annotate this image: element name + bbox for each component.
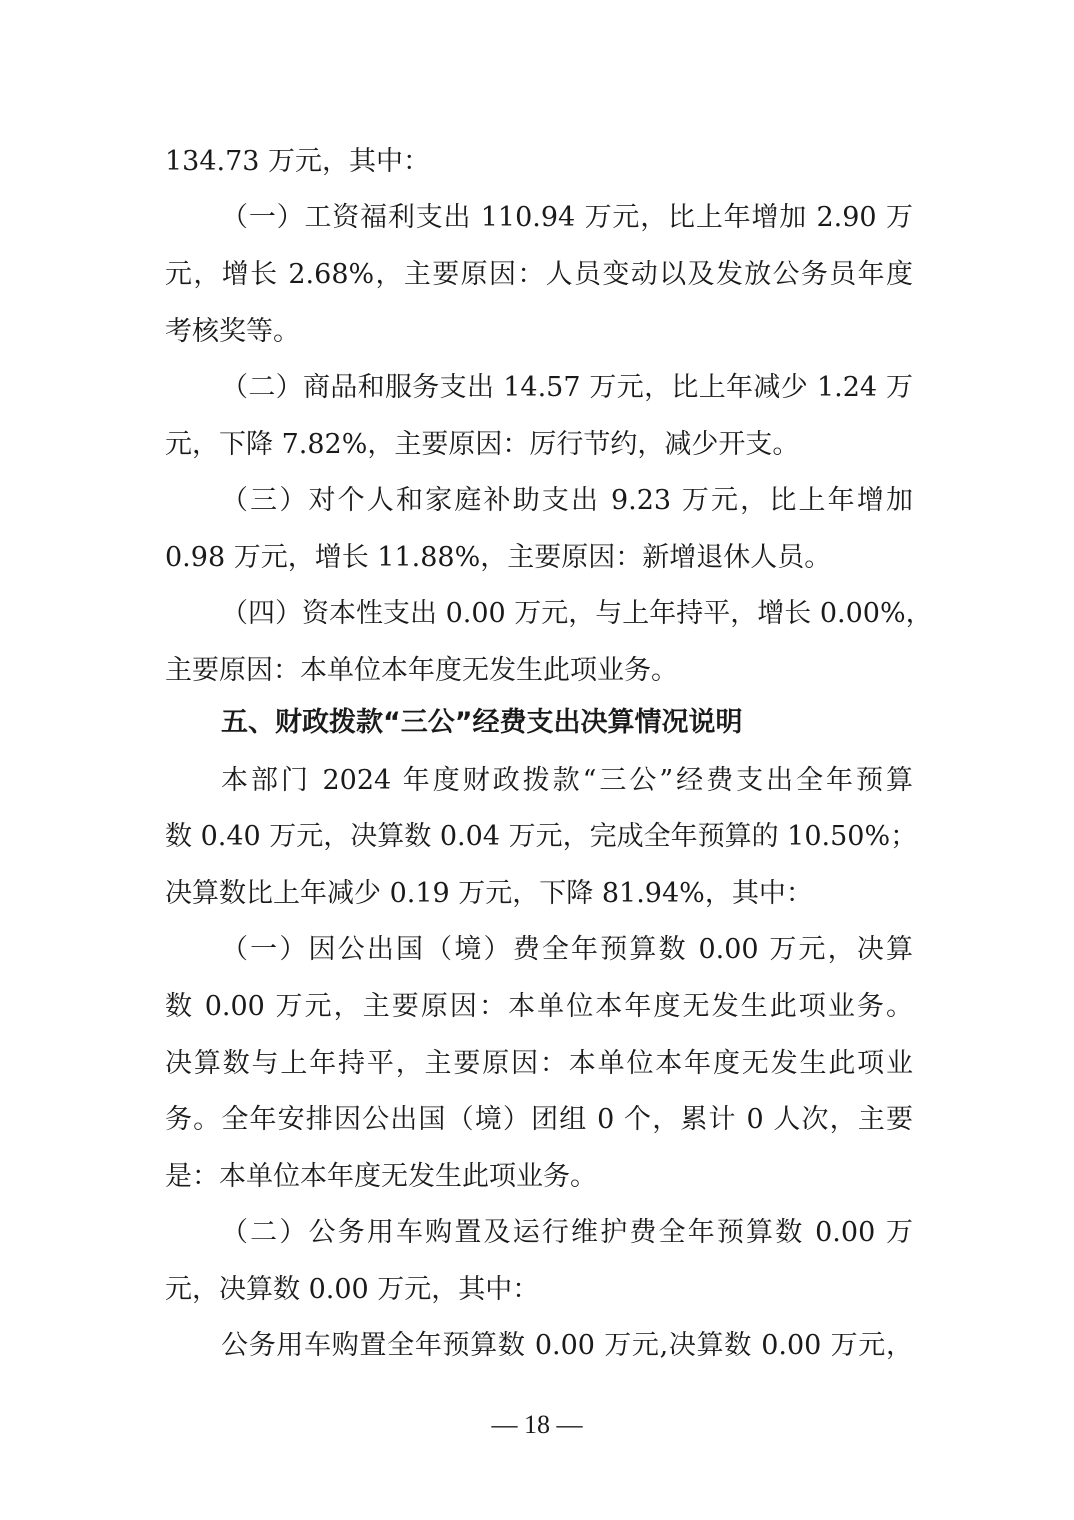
paragraph-line: （一）因公出国（境）费全年预算数 0.00 万元，决算 — [221, 933, 913, 967]
paragraph-line: 数 0.00 万元，主要原因：本单位本年度无发生此项业务。 — [165, 990, 913, 1024]
paragraph-line: 决算数与上年持平，主要原因：本单位本年度无发生此项业 — [165, 1047, 913, 1081]
paragraph-line: （三）对个人和家庭补助支出 9.23 万元，比上年增加 — [221, 484, 913, 518]
document-page: 134.73 万元，其中：（一）工资福利支出 110.94 万元，比上年增加 2… — [0, 0, 1074, 1520]
paragraph-line: 元，决算数 0.00 万元，其中： — [165, 1273, 913, 1307]
paragraph-line: 134.73 万元，其中： — [165, 145, 913, 179]
paragraph-line: （二）公务用车购置及运行维护费全年预算数 0.00 万 — [221, 1216, 913, 1250]
paragraph-line: 本部门 2024 年度财政拨款“三公”经费支出全年预算 — [221, 764, 913, 798]
page-number: — 18 — — [0, 1408, 1074, 1442]
paragraph-line: （一）工资福利支出 110.94 万元，比上年增加 2.90 万 — [221, 201, 913, 235]
paragraph-line: （二）商品和服务支出 14.57 万元，比上年减少 1.24 万 — [221, 371, 913, 405]
paragraph-line: 0.98 万元，增长 11.88%，主要原因：新增退休人员。 — [165, 541, 913, 575]
paragraph-line: 决算数比上年减少 0.19 万元，下降 81.94%，其中： — [165, 877, 913, 911]
paragraph-line: 数 0.40 万元，决算数 0.04 万元，完成全年预算的 10.50%； — [165, 820, 913, 854]
paragraph-line: （四）资本性支出 0.00 万元，与上年持平，增长 0.00%， — [221, 597, 913, 631]
paragraph-line: 元，增长 2.68%，主要原因：人员变动以及发放公务员年度 — [165, 258, 913, 292]
section-heading: 五、财政拨款“三公”经费支出决算情况说明 — [221, 706, 913, 740]
paragraph-line: 是：本单位本年度无发生此项业务。 — [165, 1160, 913, 1194]
paragraph-line: 主要原因：本单位本年度无发生此项业务。 — [165, 654, 913, 688]
paragraph-line: 务。全年安排因公出国（境）团组 0 个，累计 0 人次，主要 — [165, 1103, 913, 1137]
paragraph-line: 公务用车购置全年预算数 0.00 万元,决算数 0.00 万元， — [221, 1329, 913, 1363]
paragraph-line: 元，下降 7.82%，主要原因：厉行节约，减少开支。 — [165, 428, 913, 462]
paragraph-line: 考核奖等。 — [165, 315, 913, 349]
